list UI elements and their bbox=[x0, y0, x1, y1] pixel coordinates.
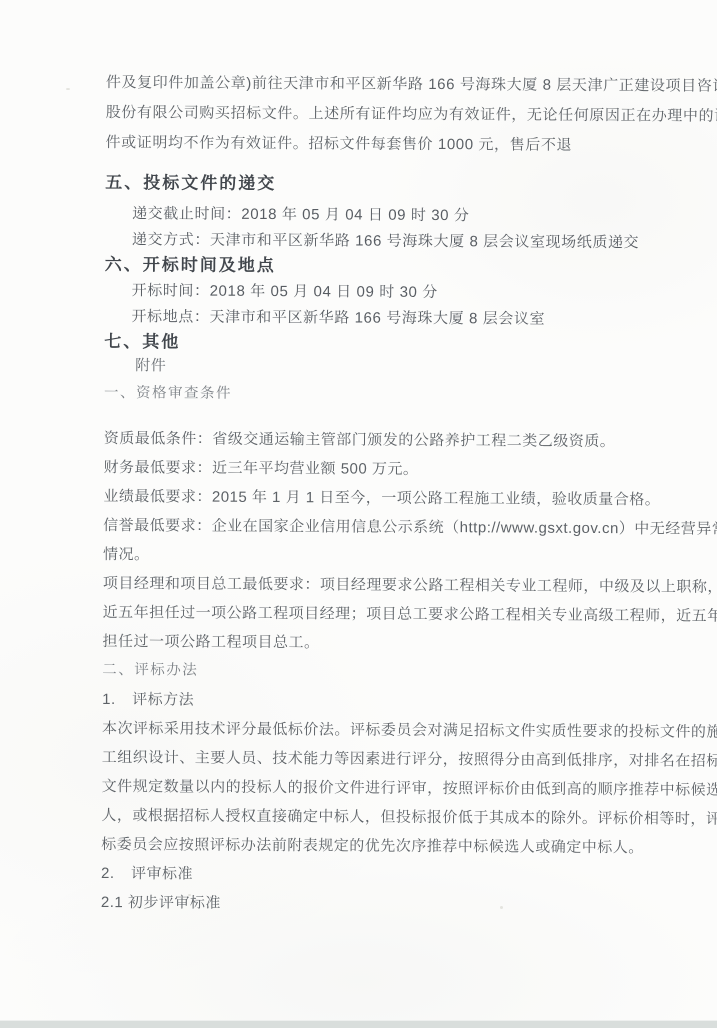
manager-requirement-line-2: 近五年担任过一项公路工程项目经理；项目总工要求公路工程相关专业高级工程师，近五年 bbox=[103, 598, 651, 630]
scan-speck bbox=[66, 88, 70, 90]
scanned-document-page: 件及复印件加盖公章)前往天津市和平区新华路 166 号海珠大厦 8 层天津广正建… bbox=[0, 0, 717, 1028]
intro-line-2: 股份有限公司购买招标文件。上述所有证件均应为有效证件，无论任何原因正在办理中的证 bbox=[106, 98, 654, 131]
reputation-requirement-line-1: 信誉最低要求：企业在国家企业信用信息公示系统（http://www.gsxt.g… bbox=[103, 511, 651, 543]
section-7-heading: 七、其他 bbox=[104, 330, 652, 356]
section-5-items: 递交截止时间：2018 年 05 月 04 日 09 时 30 分 递交方式：天… bbox=[105, 201, 653, 256]
attachment-2-heading: 二、评标办法 bbox=[102, 656, 650, 688]
attachment-label: 附件 bbox=[104, 353, 652, 381]
manager-requirement-line-3: 担任过一项公路工程项目总工。 bbox=[102, 627, 650, 659]
qualification-and-evaluation-block: 资质最低条件：省级交通运输主管部门颁发的公路养护工程二类乙级资质。 财务最低要求… bbox=[101, 424, 652, 920]
item-number: 1. bbox=[102, 685, 132, 714]
evaluation-method-line-5: 标委员会应按照评标办法前附表规定的优先次序推荐中标候选人或确定中标人。 bbox=[101, 830, 649, 862]
manager-requirement-line-1: 项目经理和项目总工最低要求：项目经理要求公路工程相关专业工程师，中级及以上职称， bbox=[103, 569, 651, 601]
scan-bottom-edge bbox=[0, 1020, 717, 1028]
preliminary-review-criteria-line: 2.1 初步评审标准 bbox=[101, 888, 649, 920]
performance-requirement-line: 业绩最低要求：2015 年 1 月 1 日至今，一项公路工程施工业绩，验收质量合… bbox=[103, 482, 651, 514]
attachment-1-heading: 一、资格审查条件 bbox=[104, 382, 652, 407]
section-6-heading: 六、开标时间及地点 bbox=[105, 253, 653, 279]
reputation-requirement-line-2: 情况。 bbox=[103, 540, 651, 572]
item-title-text: 评标方法 bbox=[132, 691, 194, 708]
document-content: 件及复印件加盖公章)前往天津市和平区新华路 166 号海珠大厦 8 层天津广正建… bbox=[101, 68, 654, 920]
qualification-requirement-line: 资质最低条件：省级交通运输主管部门颁发的公路养护工程二类乙级资质。 bbox=[104, 424, 652, 456]
review-criteria-item-title: 2.评审标准 bbox=[101, 859, 649, 891]
submission-deadline-line: 递交截止时间：2018 年 05 月 04 日 09 时 30 分 bbox=[105, 201, 653, 230]
submission-method-line: 递交方式：天津市和平区新华路 166 号海珠大厦 8 层会议室现场纸质递交 bbox=[105, 227, 653, 256]
bid-opening-time-line: 开标时间：2018 年 05 月 04 日 09 时 30 分 bbox=[105, 278, 653, 307]
evaluation-method-line-4: 人，或根据招标人授权直接确定中标人，但投标报价低于其成本的除外。评标价相等时，评 bbox=[101, 801, 649, 833]
item-title-text: 评审标准 bbox=[131, 865, 193, 882]
section-5-heading: 五、投标文件的递交 bbox=[105, 171, 653, 197]
intro-line-3: 件或证明均不作为有效证件。招标文件每套售价 1000 元，售后不退 bbox=[105, 128, 653, 161]
evaluation-method-item-title: 1.评标方法 bbox=[102, 685, 650, 717]
evaluation-method-line-1: 本次评标采用技术评分最低标价法。评标委员会对满足招标文件实质性要求的投标文件的施 bbox=[102, 714, 650, 746]
bid-opening-place-line: 开标地点：天津市和平区新华路 166 号海珠大厦 8 层会议室 bbox=[104, 304, 652, 333]
intro-line-1: 件及复印件加盖公章)前往天津市和平区新华路 166 号海珠大厦 8 层天津广正建… bbox=[106, 68, 654, 101]
intro-paragraph: 件及复印件加盖公章)前往天津市和平区新华路 166 号海珠大厦 8 层天津广正建… bbox=[105, 68, 654, 161]
evaluation-method-line-2: 工组织设计、主要人员、技术能力等因素进行评分，按照得分由高到低排序，对排名在招标 bbox=[102, 743, 650, 775]
section-6-items: 开标时间：2018 年 05 月 04 日 09 时 30 分 开标地点：天津市… bbox=[104, 278, 652, 333]
evaluation-method-line-3: 文件规定数量以内的投标人的报价文件进行评审，按照评标价由低到高的顺序推荐中标候选 bbox=[102, 772, 650, 804]
item-number: 2. bbox=[101, 859, 131, 888]
financial-requirement-line: 财务最低要求：近三年平均营业额 500 万元。 bbox=[103, 453, 651, 485]
